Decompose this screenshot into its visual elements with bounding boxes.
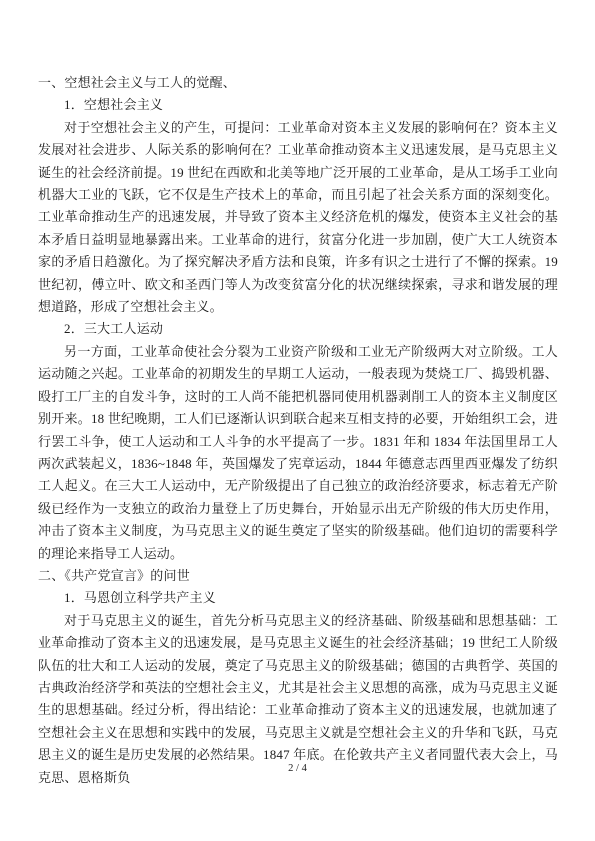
section-heading-1: 一、空想社会主义与工人的觉醒、 (38, 72, 558, 94)
paragraph-three-workers-movements: 另一方面，工业革命使社会分裂为工业资产阶级和工业无产阶级两大对立阶级。工人运动随… (38, 341, 558, 565)
subheading-three-workers-movements: 2．三大工人运动 (38, 318, 558, 340)
page-number: 2 / 4 (0, 762, 595, 776)
subheading-utopian-socialism: 1．空想社会主义 (38, 94, 558, 116)
document-page: 一、空想社会主义与工人的觉醒、 1．空想社会主义 对于空想社会主义的产生，可提问… (38, 72, 558, 789)
section-heading-2: 二、《共产党宣言》的问世 (38, 565, 558, 587)
paragraph-utopian-socialism: 对于空想社会主义的产生，可提问：工业革命对资本主义发展的影响何在？资本主义发展对… (38, 117, 558, 319)
subheading-scientific-communism: 1．马恩创立科学共产主义 (38, 587, 558, 609)
